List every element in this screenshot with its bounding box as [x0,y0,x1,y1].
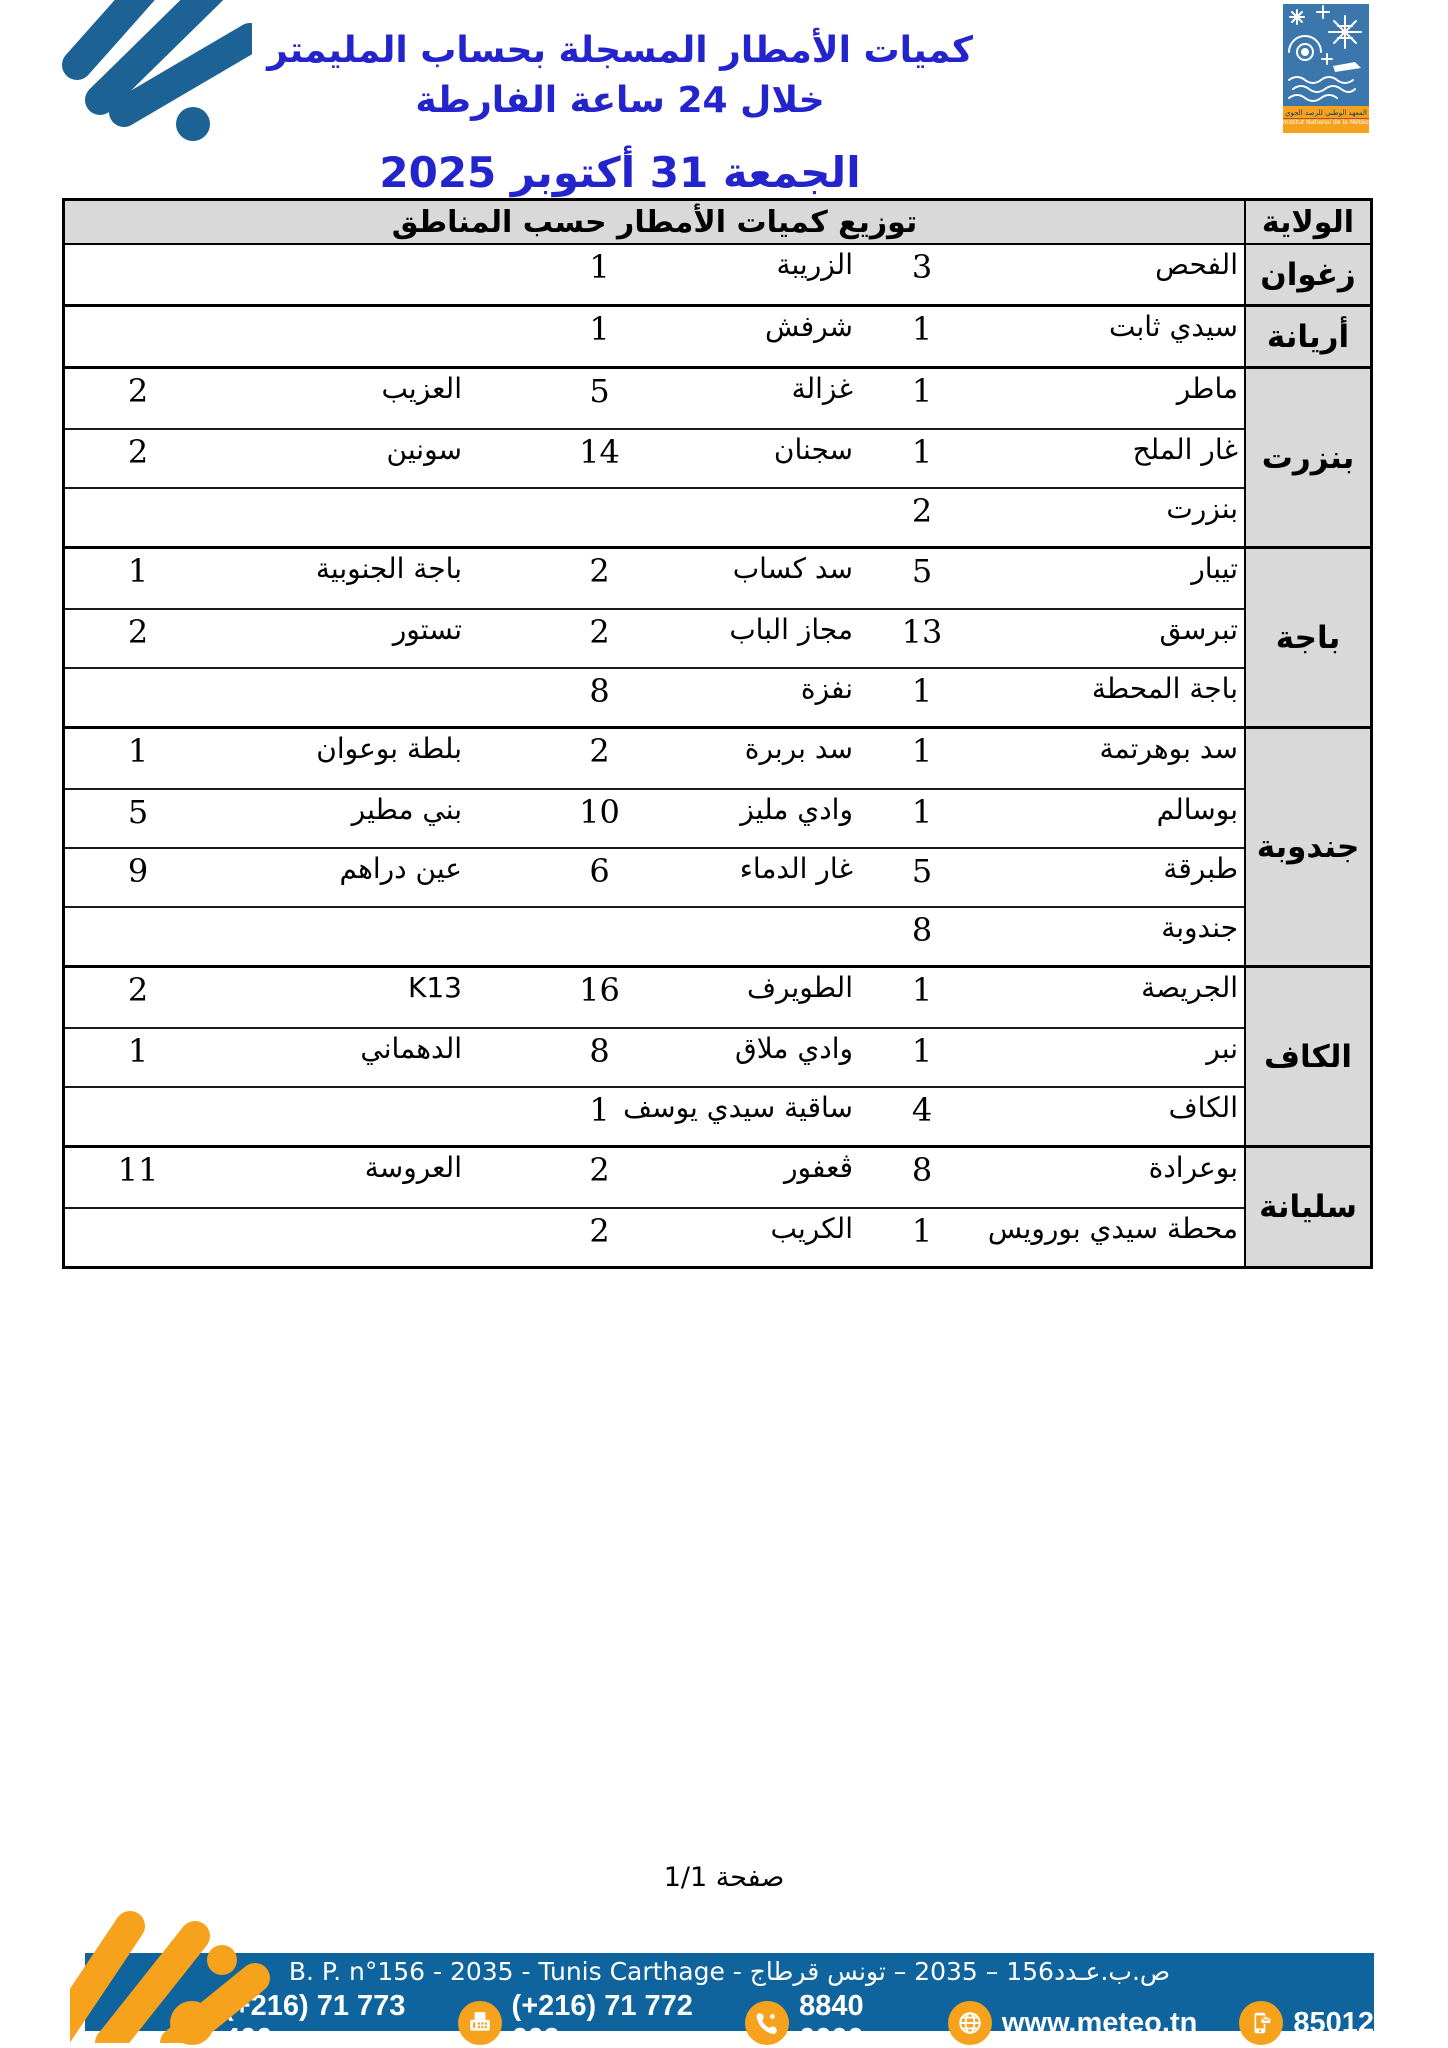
rain-value-cell [59,1209,217,1266]
rain-value-cell: 1 [59,549,217,608]
rain-value-cell: 1 [537,245,662,304]
rain-value-cell: 8 [857,908,987,965]
rain-value-cell: 2 [59,430,217,487]
station-name-cell: K13 [217,968,537,1027]
rain-value-cell: 1 [59,1029,217,1086]
station-name-cell: بنزرت [987,489,1244,546]
station-name-cell: الجريصة [987,968,1244,1027]
snowflake-icon [1329,16,1361,48]
table-row: غار الملح1سجنان14سونين2 [65,428,1244,487]
report-header: كميات الأمطار المسجلة بحساب المليمتر خلا… [200,26,1040,197]
rain-value-cell: 2 [537,610,662,667]
station-name-cell: غار الملح [987,430,1244,487]
inm-name-latin: Institut National de la Météorologie [1283,118,1369,127]
boat-icon [1333,62,1361,72]
rain-value-cell: 1 [857,1209,987,1266]
station-name-cell: باجة المحطة [987,669,1244,726]
governorate-cell: جندوبة [1244,729,1370,965]
rain-value-cell [537,489,662,546]
footer-contacts: (+216) 71 773 400 (+216) 71 772 609 8840… [170,1990,1374,2048]
governorate-section: سليانةبوعرادة8ڨعفور2العروسة11محطة سيدي ب… [65,1145,1370,1266]
station-name-cell: شرفش [662,307,857,366]
table-row: محطة سيدي بورويس1الكريب2 [65,1207,1244,1266]
rain-value-cell: 4 [857,1088,987,1145]
station-name-cell [217,307,537,366]
station-name-cell: جندوبة [987,908,1244,965]
star-icon [1317,6,1329,18]
footer-website-url: www.meteo.tn [1002,2007,1198,2040]
station-name-cell: سد بوهرتمة [987,729,1244,788]
rain-value-cell: 1 [857,430,987,487]
station-name-cell: ڨعفور [662,1148,857,1207]
station-name-cell: العزيب [217,369,537,428]
station-name-cell: الكاف [987,1088,1244,1145]
star-icon [1322,54,1332,64]
station-name-cell: ماطر [987,369,1244,428]
rain-table-body: زغوانالفحص3الزريبة1أريانةسيدي ثابت1شرفش1… [65,245,1370,1266]
station-name-cell: غار الدماء [662,849,857,906]
rain-value-cell: 2 [537,1209,662,1266]
section-rows: سد بوهرتمة1سد بربرة2بلطة بوعوان1بوسالم1و… [65,729,1244,965]
mobile-icon [1239,2001,1283,2045]
table-row: تبرسق13مجاز الباب2تستور2 [65,608,1244,667]
rain-value-cell: 2 [59,968,217,1027]
station-name-cell: العروسة [217,1148,537,1207]
station-name-cell: تيبار [987,549,1244,608]
rain-value-cell: 5 [857,849,987,906]
table-row: سد بوهرتمة1سد بربرة2بلطة بوعوان1 [65,729,1244,788]
section-rows: الجريصة1الطويرف16K132نبر1وادي ملاق8الدهم… [65,968,1244,1145]
inm-logo: المعهد الوطني للرصد الجوي Institut Natio… [1283,4,1369,134]
regions-header-cell: توزيع كميات الأمطار حسب المناطق [65,201,1244,243]
fax-icon [458,2001,502,2045]
station-name-cell: سيدي ثابت [987,307,1244,366]
station-name-cell: بوسالم [987,790,1244,847]
rain-value-cell: 8 [857,1148,987,1207]
report-title-line1: كميات الأمطار المسجلة بحساب المليمتر [200,26,1040,76]
governorate-section: أريانةسيدي ثابت1شرفش1 [65,304,1370,366]
wilaya-header-cell: الولاية [1244,201,1370,243]
rain-value-cell [59,307,217,366]
rain-value-cell: 10 [537,790,662,847]
rain-value-cell: 1 [59,729,217,788]
rain-value-cell: 1 [857,369,987,428]
table-row: بوعرادة8ڨعفور2العروسة11 [65,1148,1244,1207]
station-name-cell: بلطة بوعوان [217,729,537,788]
section-rows: ماطر1غزالة5العزيب2غار الملح1سجنان14سونين… [65,369,1244,546]
table-row: ماطر1غزالة5العزيب2 [65,369,1244,428]
rain-value-cell: 16 [537,968,662,1027]
rain-value-cell: 1 [857,729,987,788]
rain-value-cell: 2 [537,549,662,608]
station-name-cell [217,908,537,965]
governorate-cell: أريانة [1244,307,1370,366]
section-rows: الفحص3الزريبة1 [65,245,1244,304]
station-name-cell: الدهماني [217,1029,537,1086]
station-name-cell: عين دراهم [217,849,537,906]
rain-value-cell: 9 [59,849,217,906]
footer-fax: (+216) 71 772 609 [458,1990,704,2048]
table-row: الجريصة1الطويرف16K132 [65,968,1244,1027]
rain-value-cell: 13 [857,610,987,667]
governorate-cell: زغوان [1244,245,1370,304]
section-rows: بوعرادة8ڨعفور2العروسة11محطة سيدي بورويس1… [65,1148,1244,1266]
rain-value-cell: 1 [857,790,987,847]
rain-value-cell [59,1088,217,1145]
sun-icon [1289,36,1321,60]
table-row: جندوبة8 [65,906,1244,965]
footer-website: www.meteo.tn [948,2001,1198,2045]
star-icon [1290,10,1304,24]
page-number-label: صفحة 1/1 [0,1862,1448,1893]
waves-icon [1289,77,1355,101]
station-name-cell: ساقية سيدي يوسف [662,1088,857,1145]
station-name-cell [217,1209,537,1266]
rain-value-cell: 2 [59,369,217,428]
rain-value-cell [537,908,662,965]
station-name-cell: سد كساب [662,549,857,608]
rainfall-table: الولاية توزيع كميات الأمطار حسب المناطق … [62,198,1373,1269]
station-name-cell: الزريبة [662,245,857,304]
rain-value-cell: 3 [857,245,987,304]
rain-value-cell: 5 [537,369,662,428]
footer-streaks-decoration [70,1908,340,2043]
station-name-cell: تستور [217,610,537,667]
rain-value-cell [59,908,217,965]
footer-sms: 85012 [1239,2001,1374,2045]
rain-value-cell: 1 [857,1029,987,1086]
callcenter-icon [745,2001,789,2045]
table-row: بنزرت2 [65,487,1244,546]
station-name-cell [217,489,537,546]
station-name-cell: وادي مليز [662,790,857,847]
station-name-cell: طبرقة [987,849,1244,906]
rain-value-cell [59,245,217,304]
governorate-section: زغوانالفحص3الزريبة1 [65,245,1370,304]
station-name-cell: بني مطير [217,790,537,847]
governorate-cell: الكاف [1244,968,1370,1145]
station-name-cell: بوعرادة [987,1148,1244,1207]
rain-value-cell: 1 [537,307,662,366]
station-name-cell: نفزة [662,669,857,726]
rain-value-cell: 1 [537,1088,662,1145]
station-name-cell: وادي ملاق [662,1029,857,1086]
table-row: نبر1وادي ملاق8الدهماني1 [65,1027,1244,1086]
governorate-cell: باجة [1244,549,1370,726]
station-name-cell [662,908,857,965]
table-row: الفحص3الزريبة1 [65,245,1244,304]
station-name-cell: سونين [217,430,537,487]
table-row: سيدي ثابت1شرفش1 [65,307,1244,366]
inm-logo-art [1283,4,1369,106]
rain-value-cell: 2 [537,729,662,788]
table-row: الكاف4ساقية سيدي يوسف1 [65,1086,1244,1145]
rain-value-cell [59,669,217,726]
table-row: تيبار5سد كساب2باجة الجنوبية1 [65,549,1244,608]
station-name-cell [217,1088,537,1145]
station-name-cell [217,669,537,726]
rain-value-cell: 1 [857,968,987,1027]
rainfall-report-page: كميات الأمطار المسجلة بحساب المليمتر خلا… [0,0,1448,2048]
governorate-cell: سليانة [1244,1148,1370,1266]
governorate-cell: بنزرت [1244,369,1370,546]
footer-sms-number: 85012 [1293,2007,1374,2040]
rain-value-cell: 1 [857,307,987,366]
section-rows: سيدي ثابت1شرفش1 [65,307,1244,366]
station-name-cell: محطة سيدي بورويس [987,1209,1244,1266]
station-name-cell: سد بربرة [662,729,857,788]
report-date: الجمعة 31 أكتوبر 2025 [200,148,1040,197]
station-name-cell: مجاز الباب [662,610,857,667]
rain-value-cell: 11 [59,1148,217,1207]
inm-logo-caption: المعهد الوطني للرصد الجوي Institut Natio… [1283,106,1369,133]
rain-value-cell: 1 [857,669,987,726]
footer-fax-number: (+216) 71 772 609 [512,1990,704,2048]
station-name-cell: باجة الجنوبية [217,549,537,608]
station-name-cell: غزالة [662,369,857,428]
report-title-line2: خلال 24 ساعة الفارطة [200,76,1040,126]
rain-value-cell: 8 [537,669,662,726]
station-name-cell: تبرسق [987,610,1244,667]
rain-value-cell: 14 [537,430,662,487]
station-name-cell: سجنان [662,430,857,487]
governorate-section: بنزرتماطر1غزالة5العزيب2غار الملح1سجنان14… [65,366,1370,546]
governorate-section: باجةتيبار5سد كساب2باجة الجنوبية1تبرسق13م… [65,546,1370,726]
rain-value-cell: 2 [59,610,217,667]
inm-name-arabic: المعهد الوطني للرصد الجوي [1283,109,1369,118]
rain-value-cell: 5 [857,549,987,608]
rain-value-cell: 5 [59,790,217,847]
governorate-section: جندوبةسد بوهرتمة1سد بربرة2بلطة بوعوان1بو… [65,726,1370,965]
station-name-cell [662,489,857,546]
station-name-cell: الفحص [987,245,1244,304]
station-name-cell: الكريب [662,1209,857,1266]
rain-value-cell: 6 [537,849,662,906]
table-header-row: الولاية توزيع كميات الأمطار حسب المناطق [65,201,1370,245]
table-row: بوسالم1وادي مليز10بني مطير5 [65,788,1244,847]
rain-value-cell: 2 [857,489,987,546]
rain-value-cell: 8 [537,1029,662,1086]
table-row: طبرقة5غار الدماء6عين دراهم9 [65,847,1244,906]
footer-callcenter-number: 8840 0000 [799,1990,906,2048]
table-row: باجة المحطة1نفزة8 [65,667,1244,726]
station-name-cell: نبر [987,1029,1244,1086]
globe-icon [948,2001,992,2045]
footer-callcenter: 8840 0000 [745,1990,906,2048]
station-name-cell [217,245,537,304]
section-rows: تيبار5سد كساب2باجة الجنوبية1تبرسق13مجاز … [65,549,1244,726]
governorate-section: الكافالجريصة1الطويرف16K132نبر1وادي ملاق8… [65,965,1370,1145]
rain-value-cell [59,489,217,546]
station-name-cell: الطويرف [662,968,857,1027]
rain-value-cell: 2 [537,1148,662,1207]
